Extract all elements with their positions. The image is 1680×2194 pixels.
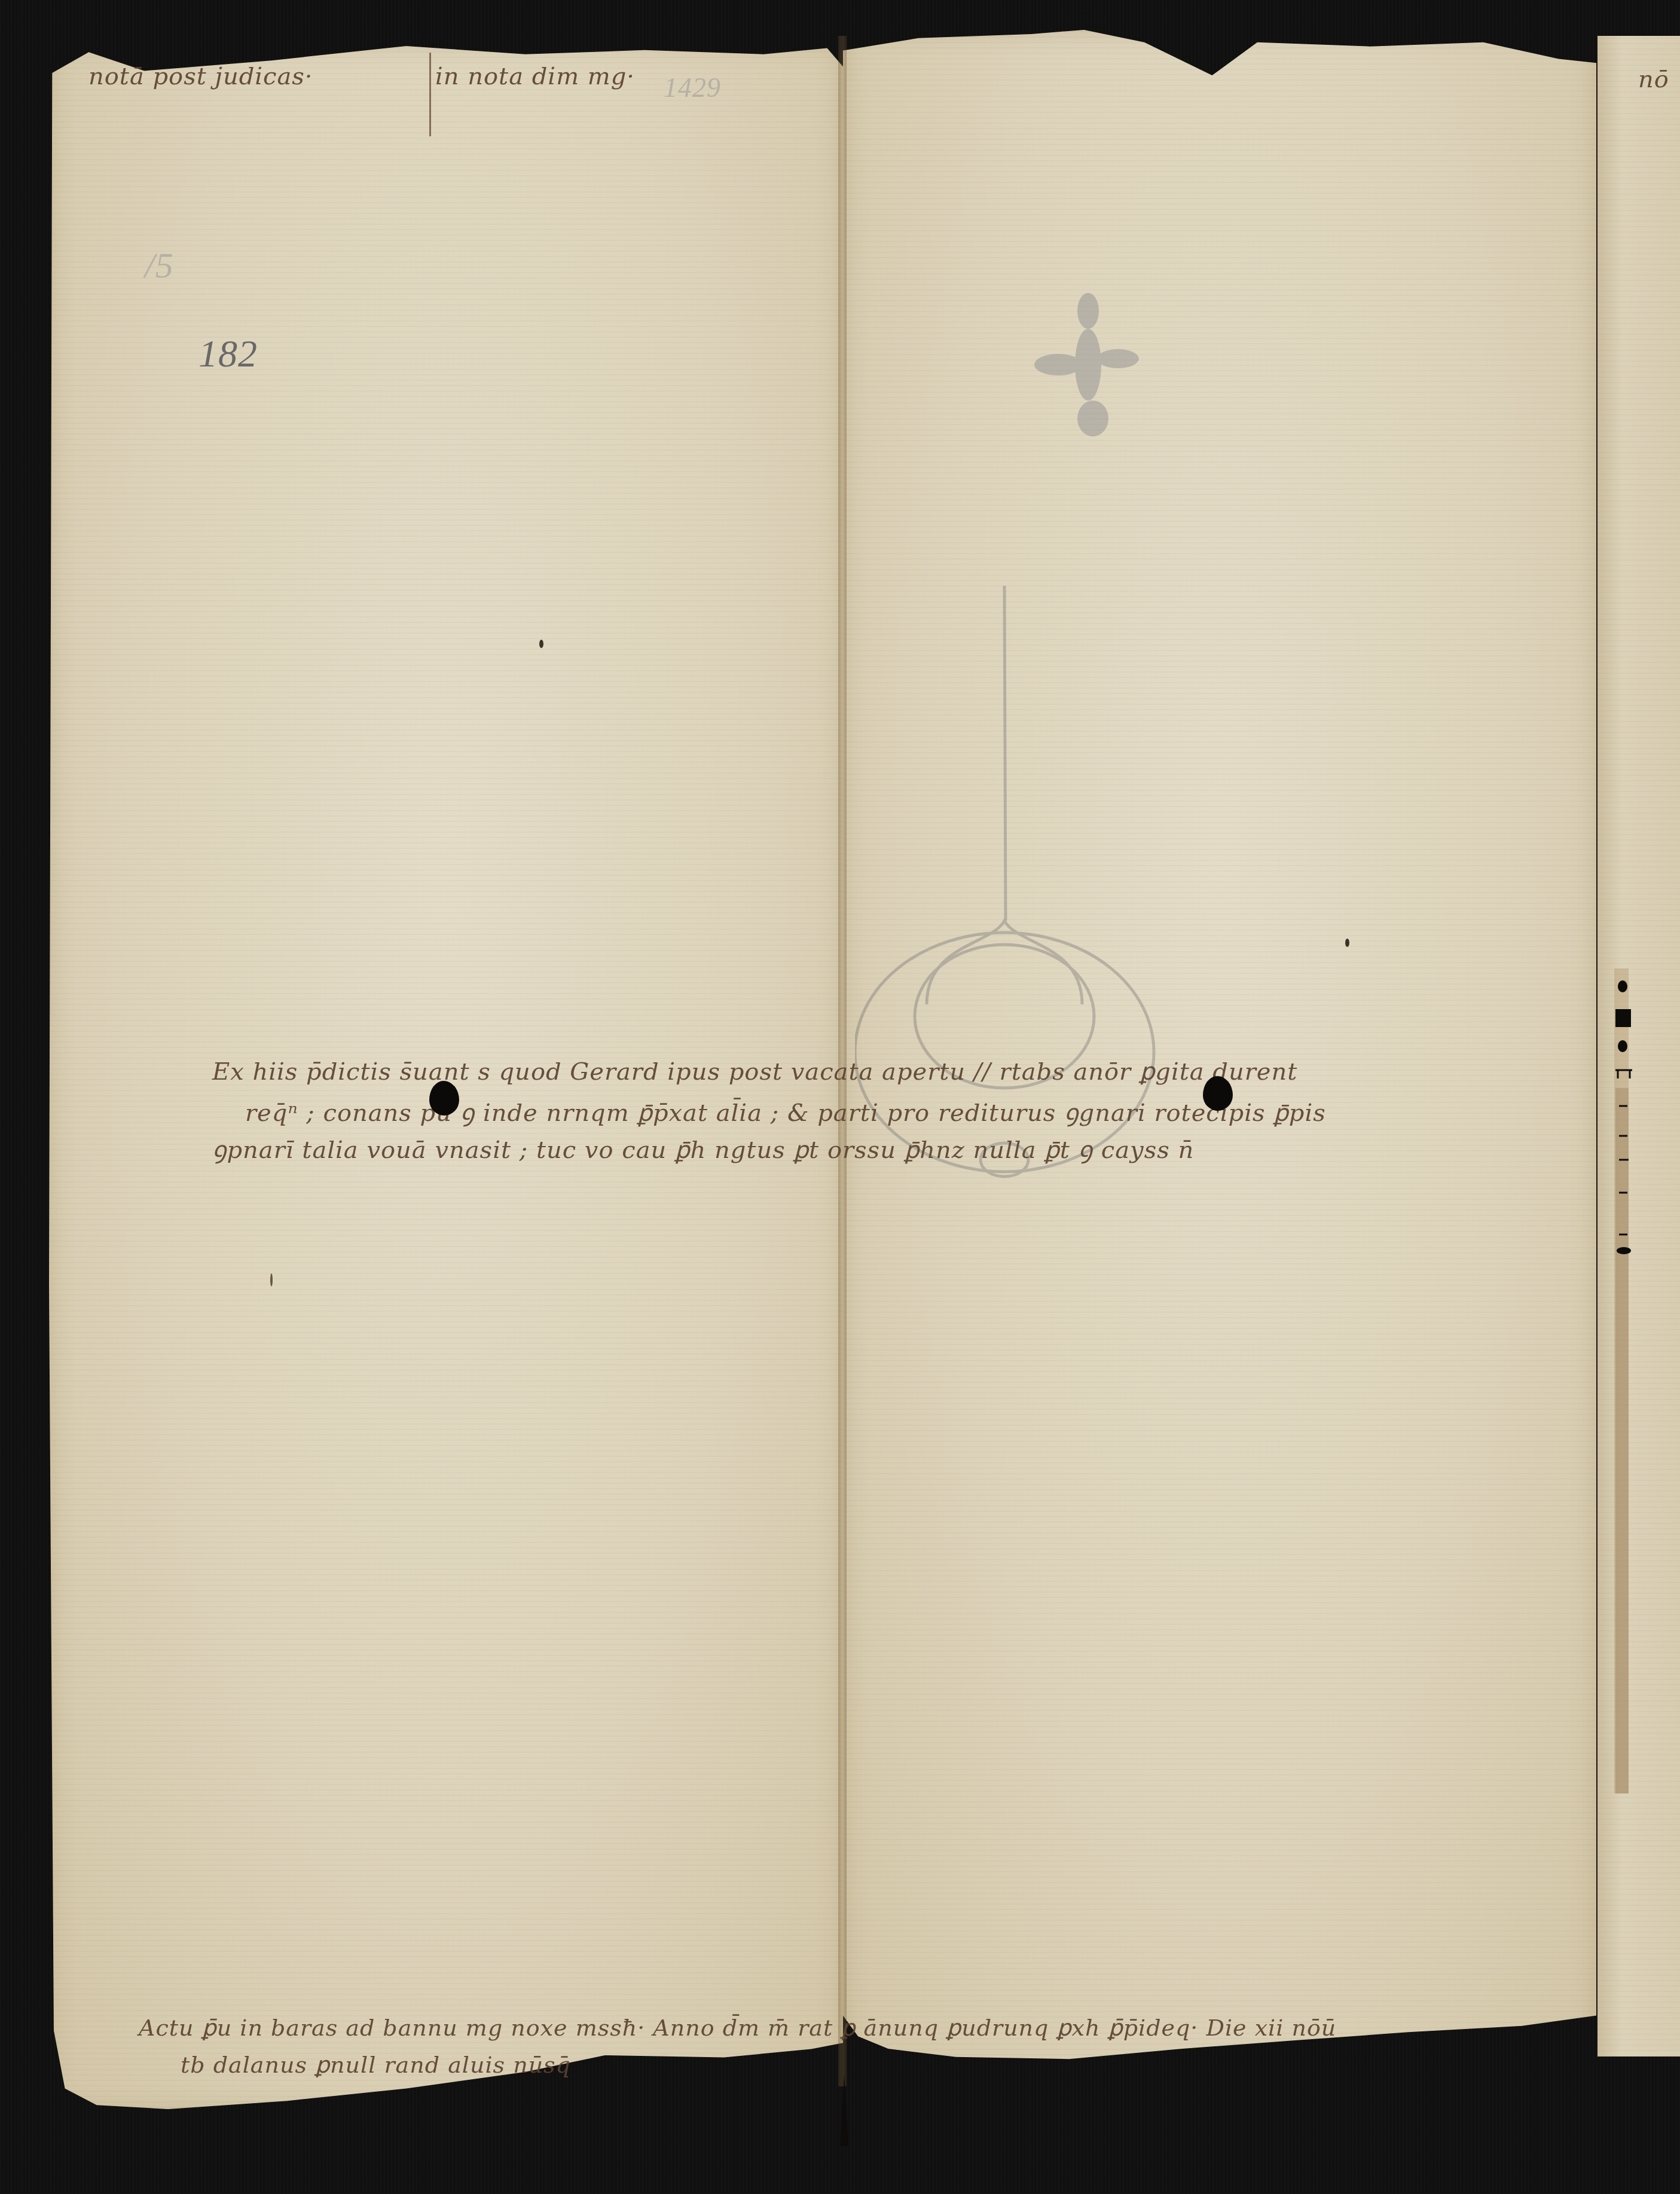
stitching-icon [1597, 968, 1645, 1793]
text-line-content: Actu ꝑ̄u in baras ad bannu mg noxe mssħ·… [139, 2015, 1586, 2041]
main-text-block: Ex hiis p̄dictis s̄uant s quod Gerard ip… [212, 1058, 1587, 1169]
text-line: Actu ꝑ̄u in baras ad bannu mg noxe mssħ·… [139, 2015, 1586, 2052]
ink-stroke-mark [270, 1273, 273, 1287]
binding-hole [1203, 1076, 1233, 1111]
text-line-content: Ex hiis p̄dictis s̄uant s quod Gerard ip… [212, 1058, 1587, 1086]
header-note-left: notā post judicas· [88, 63, 313, 90]
header-note-next-leaf: nō [1638, 66, 1669, 93]
text-line: tb dalanus ꝑnull rand aluis nūsq̄ [139, 2052, 1586, 2089]
text-line-content: ꝯpnarī talia vouā vnasit ; tuc vo cau ꝑ̄… [212, 1132, 1587, 1165]
text-line-content: tb dalanus ꝑnull rand aluis nūsq̄ [181, 2052, 1586, 2078]
text-line: Ex hiis p̄dictis s̄uant s quod Gerard ip… [212, 1058, 1587, 1095]
ink-speck [1345, 939, 1349, 947]
header-note-right: in nota dim mg· [435, 63, 635, 90]
text-line: ꝯpnarī talia vouā vnasit ; tuc vo cau ꝑ̄… [212, 1132, 1587, 1169]
closing-text-block: Actu ꝑ̄u in baras ad bannu mg noxe mssħ·… [139, 2015, 1586, 2089]
binding-hole [429, 1081, 459, 1116]
folio-number: 182 [198, 332, 258, 376]
pencil-number-top: 1429 [664, 72, 721, 103]
text-line: req̄ⁿ ; conans pu ꝯ inde nrnqm ꝑ̄p̄xat a… [212, 1095, 1587, 1132]
watermark-stain-icon [1016, 287, 1160, 442]
pencil-margin-mark: /5 [145, 245, 174, 286]
header-divider-rule [429, 53, 431, 136]
ink-speck [539, 640, 543, 648]
